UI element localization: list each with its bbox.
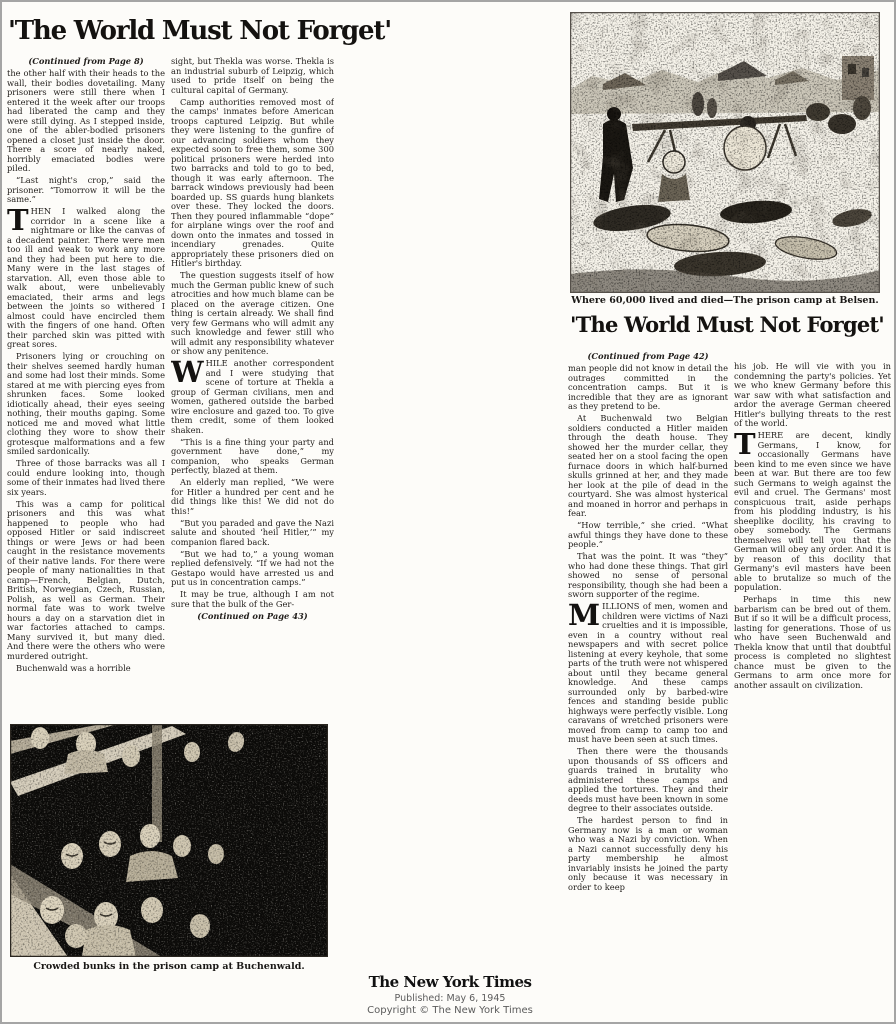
paragraph: THEN I walked along the corridor in a sc… [7,207,165,350]
drop-cap: M [568,603,600,627]
paragraph: “Last night's crop,” said the prisoner. … [7,176,165,205]
paragraph: This was a camp for political prisoners … [7,500,165,662]
headline-right: 'The World Must Not Forget' [562,312,892,337]
paragraph: man people did not know in detail the ou… [568,364,728,412]
headline-left: 'The World Must Not Forget' [8,16,391,46]
paragraph: Perhaps in time this new barbarism can b… [734,595,891,690]
paragraph: “But we had to,” a young woman replied d… [171,550,334,588]
belsen-photo [570,12,880,293]
continued-from-line: (Continued from Page 42) [568,352,728,362]
published-date: Published: May 6, 1945 [340,993,560,1004]
paragraph: The question suggests itself of how much… [171,271,334,357]
paragraph: The hardest person to find in Germany no… [568,816,728,892]
column-2: sight, but Thekla was worse. Thekla is a… [171,57,334,719]
column-3: (Continued from Page 42) man people did … [568,352,728,1020]
drop-cap: T [7,208,29,232]
continued-on-line: (Continued on Page 43) [171,612,334,622]
drop-cap: W [171,360,204,384]
paragraph: An elderly man replied, “We were for Hit… [171,478,334,516]
paragraph: WHILE another correspondent and I were s… [171,359,334,435]
paragraph: the other half with their heads to the w… [7,69,165,174]
paragraph: his job. He will vie with you in condemn… [734,362,891,429]
paragraph: “This is a fine thing your party and gov… [171,438,334,476]
footer: The New York Times Published: May 6, 194… [340,973,560,1016]
paragraph: Then there were the thousands upon thous… [568,747,728,814]
paragraph: That was the point. It was “they” who ha… [568,552,728,600]
paragraph: Buchenwald was a horrible [7,664,165,674]
buchenwald-photo [10,724,328,957]
paragraph: THERE are decent, kindly Germans, I know… [734,431,891,593]
continued-from-line: (Continued from Page 8) [7,57,165,67]
paragraph-text: HEN I walked along the corridor in a sce… [7,206,165,349]
paragraph: MILLIONS of men, women and children were… [568,602,728,745]
paragraph: “How terrible,” she cried. “What awful t… [568,521,728,550]
column-4: his job. He will vie with you in condemn… [734,362,891,742]
paragraph: Prisoners lying or crouching on their sh… [7,352,165,457]
drop-cap: T [734,432,756,456]
paragraph: It may be true, although I am not sure t… [171,590,334,609]
buchenwald-caption: Crowded bunks in the prison camp at Buch… [10,961,328,972]
paragraph: At Buchenwald two Belgian soldiers condu… [568,414,728,519]
paragraph: sight, but Thekla was worse. Thekla is a… [171,57,334,95]
column-1: (Continued from Page 8) the other half w… [7,57,165,719]
paragraph: “But you paraded and gave the Nazi salut… [171,519,334,548]
newspaper-page: 'The World Must Not Forget' (Continued f… [0,0,896,1024]
paragraph: Three of those barracks was all I could … [7,459,165,497]
copyright-line: Copyright © The New York Times [340,1005,560,1016]
paragraph: Camp authorities removed most of the cam… [171,98,334,269]
nyt-logo: The New York Times [340,973,560,991]
belsen-caption: Where 60,000 lived and died—The prison c… [570,295,880,306]
paragraph-text: HERE are decent, kindly Germans, I know,… [734,430,891,592]
